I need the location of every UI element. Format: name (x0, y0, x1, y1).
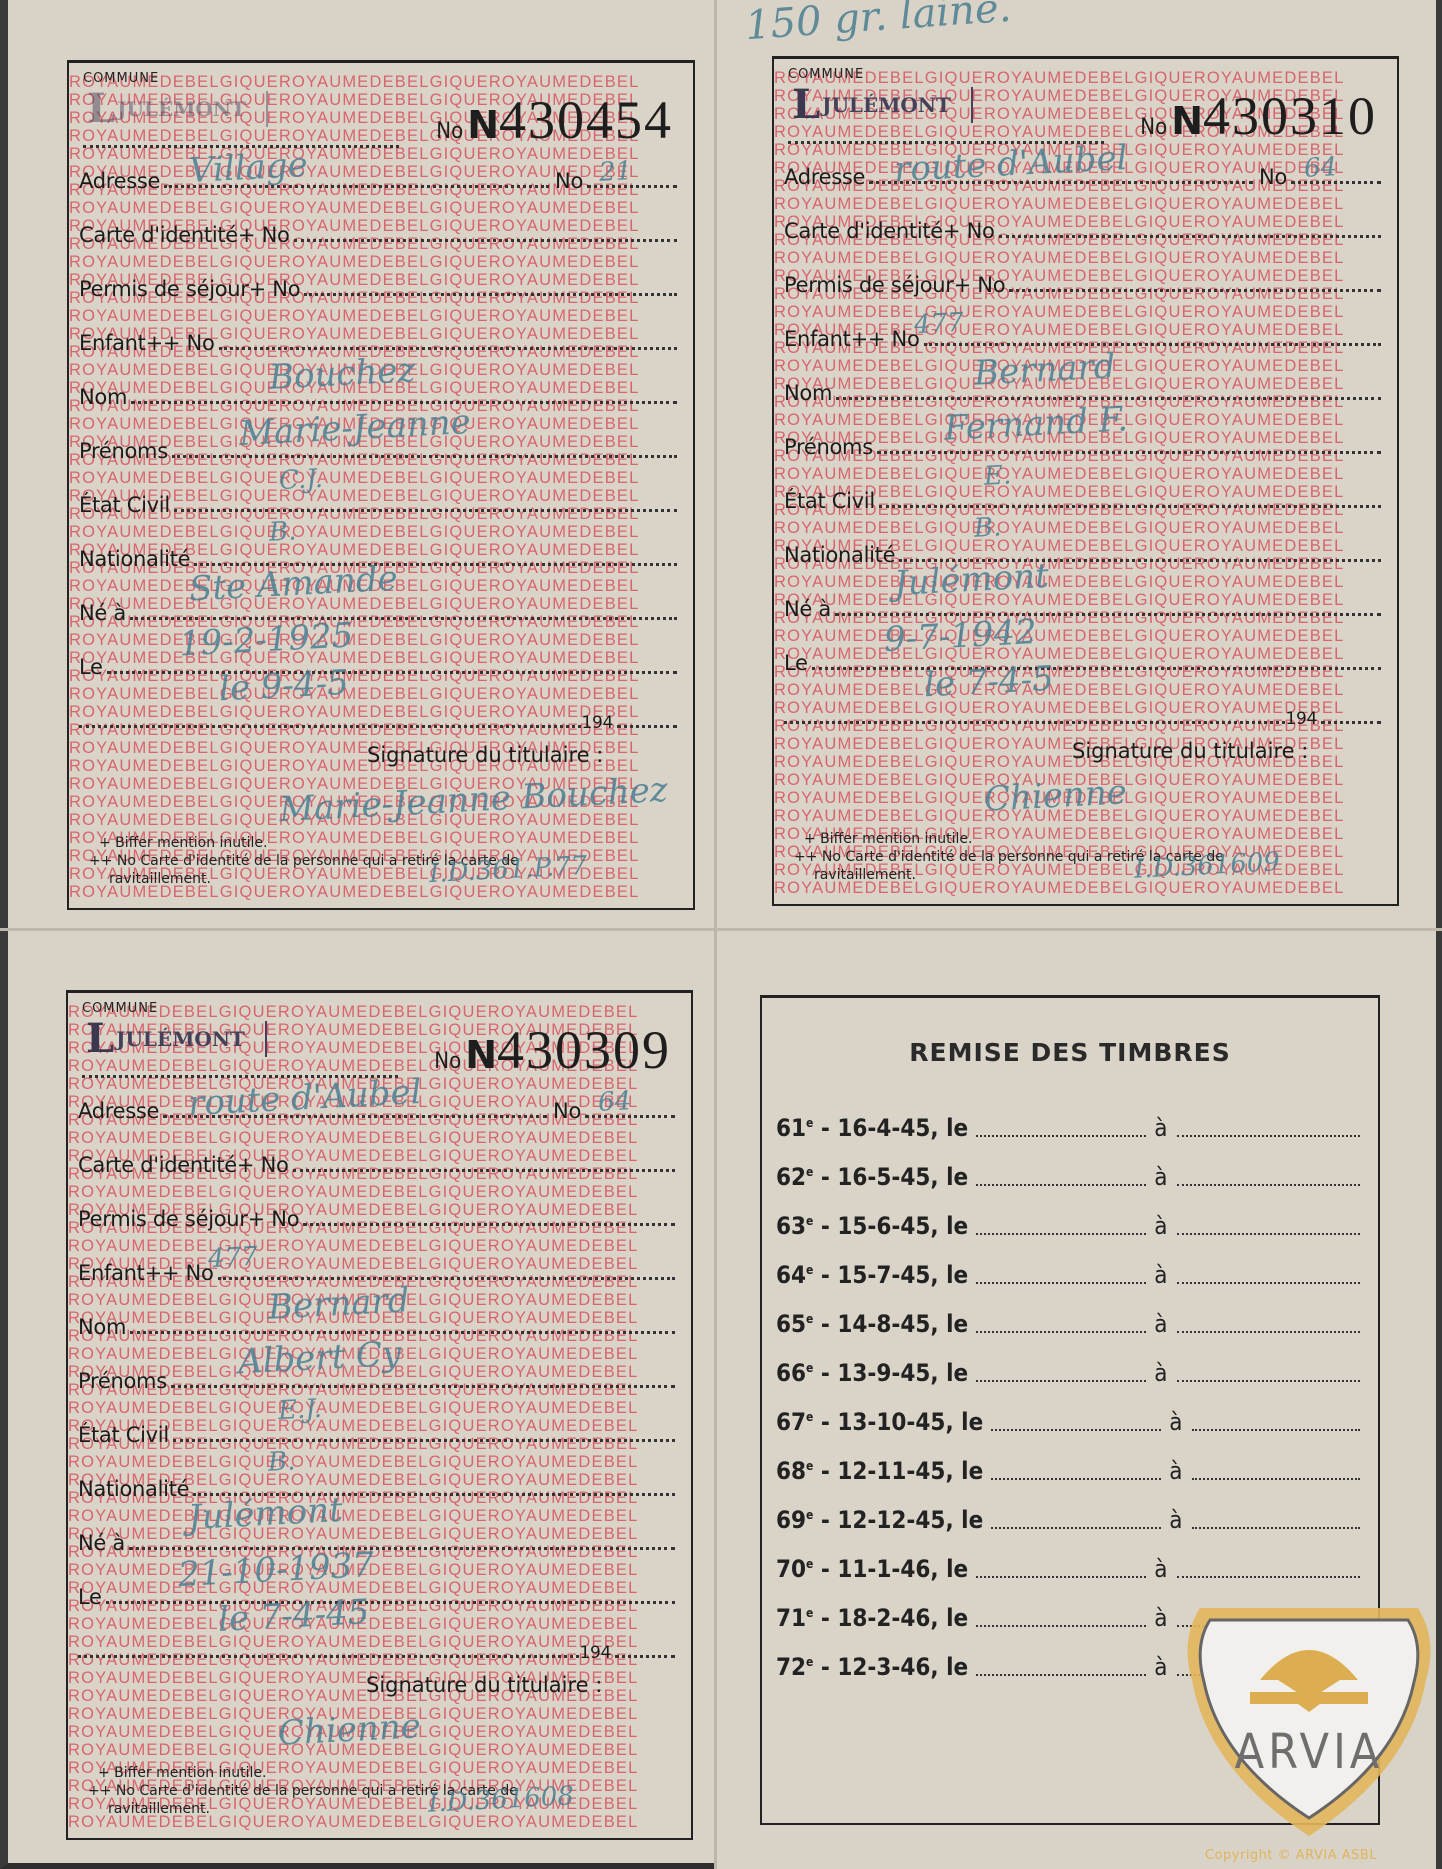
timbre-row[interactable]: 63e - 15-6-45, leà (776, 1208, 1360, 1240)
footnote-1: + Biffer mention inutile. (99, 835, 268, 851)
label-ne-a: Né à (79, 601, 126, 625)
timbre-a-label: à (1154, 1604, 1167, 1632)
field-enfant[interactable]: Enfant++ No (79, 325, 677, 355)
field-issue-date[interactable]: 194 (79, 703, 677, 733)
label-carte-identite: Carte d'identité+ No (784, 219, 995, 243)
footnote-3: ravitaillement. (814, 867, 916, 883)
timbre-a-label: à (1169, 1457, 1182, 1485)
pattern-line: ROYAUMEDEBELGIQUEROYAUMEDEBELGIQUEROYAUM… (69, 631, 693, 649)
handwritten-issue-date: le 7-4-45 (217, 1595, 370, 1637)
timbre-label: 67e - 13-10-45, le (776, 1408, 983, 1436)
label-adresse: Adresse (79, 169, 160, 193)
pattern-line: ROYAUMEDEBELGIQUEROYAUMEDEBELGIQUEROYAUM… (69, 307, 693, 325)
handwritten-id-card-no: I.D.361608 (427, 1779, 575, 1821)
handwritten-nom: Bernard (267, 1283, 410, 1324)
handwritten-nom: Bouchez (268, 353, 416, 395)
commune-stamp: L JULÉMONT (804, 87, 973, 123)
pattern-line: ROYAUMEDEBELGIQUEROYAUMEDEBELGIQUEROYAUM… (774, 195, 1397, 213)
timbre-row[interactable]: 62e - 16-5-45, leà (776, 1159, 1360, 1191)
timbre-row[interactable]: 65e - 14-8-45, leà (776, 1306, 1360, 1338)
commune-stamp-text: JULÉMONT (117, 97, 246, 121)
timbre-date-field[interactable] (991, 1478, 1161, 1480)
timbre-place-field[interactable] (1177, 1184, 1360, 1186)
timbre-row[interactable]: 69e - 12-12-45, leà (776, 1502, 1360, 1534)
timbre-a-label: à (1154, 1212, 1167, 1240)
label-enfant: Enfant++ No (79, 331, 215, 355)
handwritten-ne-a: Julémont (187, 1493, 343, 1535)
field-nationalite[interactable]: Nationalité (78, 1471, 675, 1501)
field-permis-sejour[interactable]: Permis de séjour+ No (784, 267, 1381, 297)
field-permis-sejour[interactable]: Permis de séjour+ No (79, 271, 677, 301)
handwritten-birth-date: 19-2-1925 (178, 618, 354, 661)
handwritten-enfant-no: 477 (207, 1240, 258, 1277)
label-prenoms: Prénoms (79, 439, 168, 463)
handwritten-nationalite: B. (267, 1444, 296, 1479)
serial-no-prefix: No (1140, 115, 1167, 140)
timbre-label: 70e - 11-1-46, le (776, 1555, 968, 1583)
pattern-line: ROYAUMEDEBELGIQUEROYAUMEDEBELGIQUEROYAUM… (68, 1453, 691, 1471)
handwritten-ne-a: Ste Amande (188, 562, 398, 607)
serial-letter: N (465, 1033, 497, 1077)
field-le[interactable]: Le (784, 645, 1381, 675)
pattern-line: ROYAUMEDEBELGIQUEROYAUMEDEBELGIQUEROYAUM… (68, 1183, 691, 1201)
pattern-line: ROYAUMEDEBELGIQUEROYAUMEDEBELGIQUEROYAUM… (774, 681, 1397, 699)
timbre-label: 64e - 15-7-45, le (776, 1261, 968, 1289)
label-nom: Nom (784, 381, 832, 405)
pattern-line: ROYAUMEDEBELGIQUEROYAUMEDEBELGIQUEROYAUM… (69, 253, 693, 271)
timbre-a-label: à (1154, 1114, 1167, 1142)
field-carte-identite[interactable]: Carte d'identité+ No (784, 213, 1381, 243)
label-nationalite: Nationalité (784, 543, 895, 567)
field-etat-civil[interactable]: État Civil (78, 1417, 675, 1447)
serial-no-prefix: No (434, 1049, 461, 1074)
ration-card-2: ROYAUMEDEBELGIQUEROYAUMEDEBELGIQUEROYAUM… (772, 56, 1399, 906)
label-adresse-no: No (553, 1099, 581, 1123)
label-le: Le (79, 655, 103, 679)
footnote-1: + Biffer mention inutile. (804, 831, 973, 847)
label-ne-a: Né à (78, 1531, 125, 1555)
field-enfant[interactable]: Enfant++ No (78, 1255, 675, 1285)
year-prefix: 194 (579, 1643, 611, 1663)
stamp-bar (266, 91, 268, 127)
signature-label: Signature du titulaire : (366, 1673, 602, 1697)
handwritten-nom: Bernard (973, 349, 1116, 390)
timbre-a-label: à (1169, 1408, 1182, 1436)
stamp-bar (971, 87, 973, 123)
timbre-place-field[interactable] (1177, 1233, 1360, 1235)
serial-digits: 430309 (497, 1019, 671, 1081)
handwritten-signature: Marie-Jeanne Bouchez (278, 773, 668, 827)
ration-card-1: ROYAUMEDEBELGIQUEROYAUMEDEBELGIQUEROYAUM… (67, 60, 695, 910)
label-le: Le (784, 651, 808, 675)
timbre-date-field[interactable] (976, 1184, 1146, 1186)
serial-number: No N 430454 (436, 89, 673, 151)
timbre-a-label: à (1154, 1555, 1167, 1583)
field-nationalite[interactable]: Nationalité (784, 537, 1381, 567)
fold-line-horizontal (0, 928, 1442, 931)
pattern-line: ROYAUMEDEBELGIQUEROYAUMEDEBELGIQUEROYAUM… (68, 1129, 691, 1147)
label-nom: Nom (79, 385, 127, 409)
field-le[interactable]: Le (78, 1579, 675, 1609)
label-prenoms: Prénoms (784, 435, 873, 459)
timbre-a-label: à (1169, 1506, 1182, 1534)
pattern-line: ROYAUMEDEBELGIQUEROYAUMEDEBELGIQUEROYAUM… (68, 1399, 691, 1417)
commune-label: COMMUNE (82, 1001, 158, 1016)
serial-letter: N (1171, 99, 1203, 143)
year-prefix: 194 (1285, 709, 1317, 729)
handwritten-adresse-no: 64 (1303, 150, 1338, 186)
signature-label: Signature du titulaire : (367, 743, 603, 767)
timbre-label: 71e - 18-2-46, le (776, 1604, 968, 1632)
footnote-3: ravitaillement. (108, 1801, 210, 1817)
field-ne-a[interactable]: Né à (784, 591, 1381, 621)
stamp-bracket-icon: L (86, 1015, 114, 1063)
commune-stamp: L JULÉMONT (99, 91, 268, 127)
label-prenoms: Prénoms (78, 1369, 167, 1393)
label-permis-sejour: Permis de séjour+ No (79, 277, 300, 301)
handwritten-issue-date: le 9-4-5 (218, 666, 349, 707)
footnote-1: + Biffer mention inutile. (98, 1765, 267, 1781)
commune-stamp-text: JULÉMONT (116, 1027, 245, 1051)
footnote-3: ravitaillement. (109, 871, 211, 887)
field-carte-identite[interactable]: Carte d'identité+ No (79, 217, 677, 247)
timbre-a-label: à (1154, 1163, 1167, 1191)
serial-number: No N 430309 (434, 1019, 671, 1081)
timbre-date-field[interactable] (991, 1429, 1161, 1431)
timbre-date-field[interactable] (976, 1576, 1146, 1578)
timbre-place-field[interactable] (1192, 1478, 1360, 1480)
label-etat-civil: État Civil (78, 1423, 169, 1447)
stamp-bracket-icon: L (87, 85, 115, 133)
handwritten-issue-date: le 7-4-5 (923, 662, 1054, 703)
handwritten-id-card-no: I.D.361.P.77 (428, 849, 588, 891)
pattern-line: ROYAUMEDEBELGIQUEROYAUMEDEBELGIQUEROYAUM… (68, 1615, 691, 1633)
field-etat-civil[interactable]: État Civil (784, 483, 1381, 513)
commune-stamp-text: JULÉMONT (822, 93, 951, 117)
serial-number: No N 430310 (1140, 85, 1377, 147)
timbre-a-label: à (1154, 1653, 1167, 1681)
timbre-place-field[interactable] (1177, 1331, 1360, 1333)
year-prefix: 194 (581, 713, 613, 733)
ration-card-3: ROYAUMEDEBELGIQUEROYAUMEDEBELGIQUEROYAUM… (66, 990, 693, 1840)
label-etat-civil: État Civil (79, 493, 170, 517)
serial-letter: N (467, 103, 499, 147)
arvia-shield-logo: ARVIA (1180, 1600, 1438, 1836)
timbre-place-field[interactable] (1192, 1527, 1360, 1529)
timbre-date-field[interactable] (991, 1527, 1161, 1529)
timbre-label: 68e - 12-11-45, le (776, 1457, 983, 1485)
timbre-a-label: à (1154, 1359, 1167, 1387)
handwritten-nationalite: B. (973, 510, 1002, 545)
label-nationalite: Nationalité (78, 1477, 189, 1501)
field-enfant[interactable]: Enfant++ No (784, 321, 1381, 351)
handwritten-adresse-no: 21 (598, 154, 633, 190)
label-carte-identite: Carte d'identité+ No (79, 223, 290, 247)
serial-digits: 430310 (1203, 85, 1377, 147)
label-permis-sejour: Permis de séjour+ No (78, 1207, 299, 1231)
field-issue-date[interactable]: 194 (784, 699, 1381, 729)
stamp-bracket-icon: L (792, 81, 820, 129)
timbre-row[interactable]: 64e - 15-7-45, leà (776, 1257, 1360, 1289)
label-nationalite: Nationalité (79, 547, 190, 571)
timbre-label: 72e - 12-3-46, le (776, 1653, 968, 1681)
timbre-label: 66e - 13-9-45, le (776, 1359, 968, 1387)
label-enfant: Enfant++ No (78, 1261, 214, 1285)
field-carte-identite[interactable]: Carte d'identité+ No (78, 1147, 675, 1177)
timbre-date-field[interactable] (976, 1331, 1146, 1333)
label-adresse-no: No (1259, 165, 1287, 189)
handwritten-adresse: Village (188, 148, 308, 188)
pattern-line: ROYAUMEDEBELGIQUEROYAUMEDEBELGIQUEROYAUM… (774, 249, 1397, 267)
label-adresse: Adresse (78, 1099, 159, 1123)
timbre-row[interactable]: 68e - 12-11-45, leà (776, 1453, 1360, 1485)
pattern-line: ROYAUMEDEBELGIQUEROYAUMEDEBELGIQUEROYAUM… (69, 685, 693, 703)
label-ne-a: Né à (784, 597, 831, 621)
handwritten-etat-civil: C.J. (278, 462, 324, 498)
commune-label: COMMUNE (788, 67, 864, 82)
timbre-label: 63e - 15-6-45, le (776, 1212, 968, 1240)
timbres-title: REMISE DES TIMBRES (762, 1038, 1378, 1067)
label-carte-identite: Carte d'identité+ No (78, 1153, 289, 1177)
timbre-date-field[interactable] (976, 1380, 1146, 1382)
label-le: Le (78, 1585, 102, 1609)
handwritten-birth-date: 9-7-1942 (883, 615, 1037, 657)
timbre-row[interactable]: 66e - 13-9-45, leà (776, 1355, 1360, 1387)
timbre-label: 65e - 14-8-45, le (776, 1310, 968, 1338)
pattern-line: ROYAUMEDEBELGIQUEROYAUMEDEBELGIQUEROYAUM… (69, 523, 693, 541)
handwritten-id-card-no: I.D.361609 (1133, 845, 1281, 887)
handwritten-prenoms: Albert Cy (237, 1337, 402, 1379)
pattern-line: ROYAUMEDEBELGIQUEROYAUMEDEBELGIQUEROYAUM… (68, 1561, 691, 1579)
field-permis-sejour[interactable]: Permis de séjour+ No (78, 1201, 675, 1231)
copyright-notice: Copyright © ARVIA ASBL (1205, 1848, 1377, 1863)
handwritten-ne-a: Julémont (893, 559, 1049, 601)
timbre-place-field[interactable] (1177, 1135, 1360, 1137)
handwritten-prenoms: Fernand F. (943, 402, 1128, 446)
commune-label: COMMUNE (83, 71, 159, 86)
signature-label: Signature du titulaire : (1072, 739, 1308, 763)
timbre-row[interactable]: 70e - 11-1-46, leà (776, 1551, 1360, 1583)
pattern-line: ROYAUMEDEBELGIQUEROYAUMEDEBELGIQUEROYAUM… (68, 1237, 691, 1255)
pattern-line: ROYAUMEDEBELGIQUEROYAUMEDEBELGIQUEROYAUM… (774, 627, 1397, 645)
timbre-row[interactable]: 61e - 16-4-45, leà (776, 1110, 1360, 1142)
field-issue-date[interactable]: 194 (78, 1633, 675, 1663)
pattern-line: ROYAUMEDEBELGIQUEROYAUMEDEBELGIQUEROYAUM… (774, 573, 1397, 591)
label-permis-sejour: Permis de séjour+ No (784, 273, 1005, 297)
commune-stamp: L JULÉMONT (98, 1021, 267, 1057)
handwritten-signature: Chienne (277, 1709, 421, 1750)
handwritten-enfant-no: 477 (913, 306, 964, 343)
handwritten-birth-date: 21-10-1937 (177, 1548, 375, 1592)
pattern-line: ROYAUMEDEBELGIQUEROYAUMEDEBELGIQUEROYAUM… (69, 469, 693, 487)
pattern-line: ROYAUMEDEBELGIQUEROYAUMEDEBELGIQUEROYAUM… (774, 519, 1397, 537)
timbre-date-field[interactable] (976, 1233, 1146, 1235)
timbre-place-field[interactable] (1177, 1380, 1360, 1382)
stamp-bar (265, 1021, 267, 1057)
label-nom: Nom (78, 1315, 126, 1339)
pattern-line: ROYAUMEDEBELGIQUEROYAUMEDEBELGIQUEROYAUM… (774, 465, 1397, 483)
field-etat-civil[interactable]: État Civil (79, 487, 677, 517)
timbre-date-field[interactable] (976, 1625, 1146, 1627)
timbre-place-field[interactable] (1192, 1429, 1360, 1431)
timbre-a-label: à (1154, 1310, 1167, 1338)
serial-digits: 430454 (499, 89, 673, 151)
label-etat-civil: État Civil (784, 489, 875, 513)
field-le[interactable]: Le (79, 649, 677, 679)
timbre-row[interactable]: 67e - 13-10-45, leà (776, 1404, 1360, 1436)
pattern-line: ROYAUMEDEBELGIQUEROYAUMEDEBELGIQUEROYAUM… (774, 303, 1397, 321)
timbre-a-label: à (1154, 1261, 1167, 1289)
timbre-date-field[interactable] (976, 1135, 1146, 1137)
timbre-place-field[interactable] (1177, 1576, 1360, 1578)
timbre-label: 69e - 12-12-45, le (776, 1506, 983, 1534)
handwritten-signature: Chienne (983, 775, 1127, 816)
handwritten-nationalite: B. (268, 514, 297, 549)
serial-no-prefix: No (436, 119, 463, 144)
timbre-date-field[interactable] (976, 1674, 1146, 1676)
label-adresse-no: No (555, 169, 583, 193)
timbre-place-field[interactable] (1177, 1282, 1360, 1284)
field-ne-a[interactable]: Né à (78, 1525, 675, 1555)
svg-text:ARVIA: ARVIA (1235, 1724, 1384, 1780)
field-adresse[interactable]: Adresse No (79, 163, 677, 193)
pattern-line: ROYAUMEDEBELGIQUEROYAUMEDEBELGIQUEROYAUM… (69, 199, 693, 217)
handwritten-adresse-no: 64 (597, 1084, 632, 1120)
label-enfant: Enfant++ No (784, 327, 920, 351)
label-adresse: Adresse (784, 165, 865, 189)
pattern-line: ROYAUMEDEBELGIQUEROYAUMEDEBELGIQUEROYAUM… (68, 1507, 691, 1525)
handwritten-etat-civil: E. (983, 458, 1012, 493)
timbre-date-field[interactable] (976, 1282, 1146, 1284)
handwritten-etat-civil: E.J. (277, 1392, 323, 1428)
fold-line-vertical (714, 0, 717, 1869)
timbre-label: 61e - 16-4-45, le (776, 1114, 968, 1142)
timbre-label: 62e - 16-5-45, le (776, 1163, 968, 1191)
